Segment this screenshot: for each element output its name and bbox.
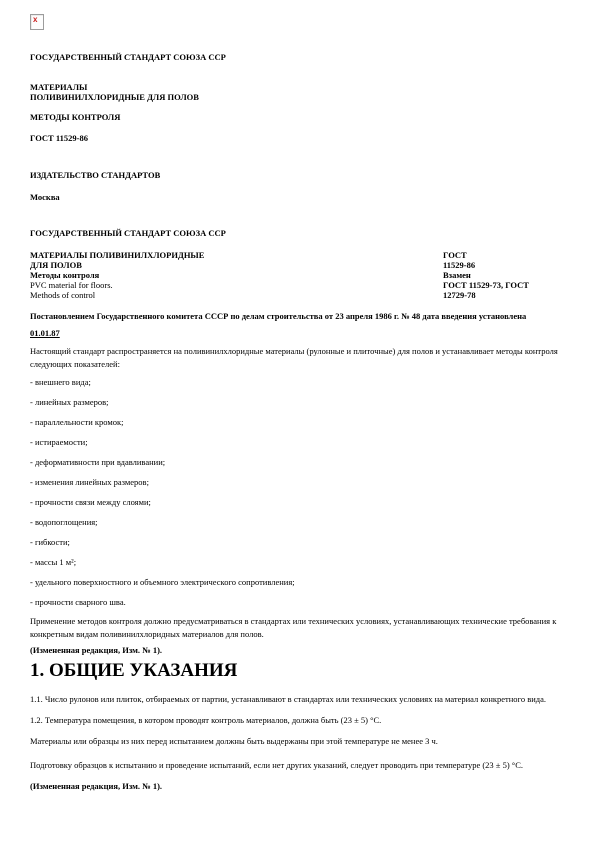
standard-header-repeat: ГОСУДАРСТВЕННЫЙ СТАНДАРТ СОЮЗА ССР [30, 228, 565, 238]
title-block-right-line: ГОСТ [443, 250, 565, 260]
effective-date-value: 01.01.87 [30, 328, 60, 338]
amendment-note: (Измененная редакция, Изм. № 1). [30, 645, 565, 655]
indicator-item: - удельного поверхностного и объемного э… [30, 577, 565, 587]
title-block-right-line: ГОСТ 11529-73, ГОСТ [443, 280, 565, 290]
indicator-item: - массы 1 м²; [30, 557, 565, 567]
scope-intro: Настоящий стандарт распространяется на п… [30, 345, 565, 371]
indicator-item: - параллельности кромок; [30, 417, 565, 427]
broken-image-placeholder: x [30, 14, 565, 30]
paragraph-1-2b: Материалы или образцы из них перед испыт… [30, 735, 565, 748]
title-line-2: ПОЛИВИНИЛХЛОРИДНЫЕ ДЛЯ ПОЛОВ [30, 92, 565, 102]
title-block: МАТЕРИАЛЫ ПОЛИВИНИЛХЛОРИДНЫЕ ДЛЯ ПОЛОВ М… [30, 250, 565, 300]
page-content: x ГОСУДАРСТВЕННЫЙ СТАНДАРТ СОЮЗА ССР МАТ… [0, 0, 595, 791]
effective-date: 01.01.87 [30, 328, 565, 338]
title-block-right-line: Взамен [443, 270, 565, 280]
indicator-item: - линейных размеров; [30, 397, 565, 407]
amendment-note: (Измененная редакция, Изм. № 1). [30, 781, 565, 791]
application-note: Применение методов контроля должно преду… [30, 615, 565, 641]
indicator-item: - внешнего вида; [30, 377, 565, 387]
indicator-item: - изменения линейных размеров; [30, 477, 565, 487]
title-block-left-line: PVC material for floors. [30, 280, 443, 290]
document-title: МАТЕРИАЛЫ ПОЛИВИНИЛХЛОРИДНЫЕ ДЛЯ ПОЛОВ [30, 82, 565, 102]
paragraph-1-2c: Подготовку образцов к испытанию и провед… [30, 759, 565, 772]
section-1-heading: 1. ОБЩИЕ УКАЗАНИЯ [30, 661, 565, 681]
standard-header: ГОСУДАРСТВЕННЫЙ СТАНДАРТ СОЮЗА ССР [30, 52, 565, 62]
indicator-item: - водопоглощения; [30, 517, 565, 527]
methods-subtitle: МЕТОДЫ КОНТРОЛЯ [30, 112, 565, 122]
title-block-left-line: Methods of control [30, 290, 443, 300]
title-block-right: ГОСТ 11529-86 Взамен ГОСТ 11529-73, ГОСТ… [443, 250, 565, 300]
document-page: { "colors": { "text": "#000000", "broken… [0, 0, 595, 842]
title-block-right-line: 11529-86 [443, 260, 565, 270]
title-block-left-line: Методы контроля [30, 270, 443, 280]
title-block-left: МАТЕРИАЛЫ ПОЛИВИНИЛХЛОРИДНЫЕ ДЛЯ ПОЛОВ М… [30, 250, 443, 300]
indicator-item: - деформативности при вдавливании; [30, 457, 565, 467]
title-block-right-line: 12729-78 [443, 290, 565, 300]
indicator-item: - прочности сварного шва. [30, 597, 565, 607]
title-block-left-line: МАТЕРИАЛЫ ПОЛИВИНИЛХЛОРИДНЫЕ [30, 250, 443, 260]
broken-image-x-glyph: x [33, 16, 37, 24]
paragraph-1-2: 1.2. Температура помещения, в котором пр… [30, 714, 565, 727]
decree-paragraph: Постановлением Государственного комитета… [30, 310, 565, 323]
indicator-item: - гибкости; [30, 537, 565, 547]
title-line-1: МАТЕРИАЛЫ [30, 82, 565, 92]
city-line: Москва [30, 192, 565, 202]
gost-number: ГОСТ 11529-86 [30, 133, 565, 143]
title-block-left-line: ДЛЯ ПОЛОВ [30, 260, 443, 270]
paragraph-1-1: 1.1. Число рулонов или плиток, отбираемы… [30, 693, 565, 706]
broken-image-icon: x [30, 14, 44, 30]
indicator-item: - истираемости; [30, 437, 565, 447]
indicator-item: - прочности связи между слоями; [30, 497, 565, 507]
publisher-line: ИЗДАТЕЛЬСТВО СТАНДАРТОВ [30, 170, 565, 180]
